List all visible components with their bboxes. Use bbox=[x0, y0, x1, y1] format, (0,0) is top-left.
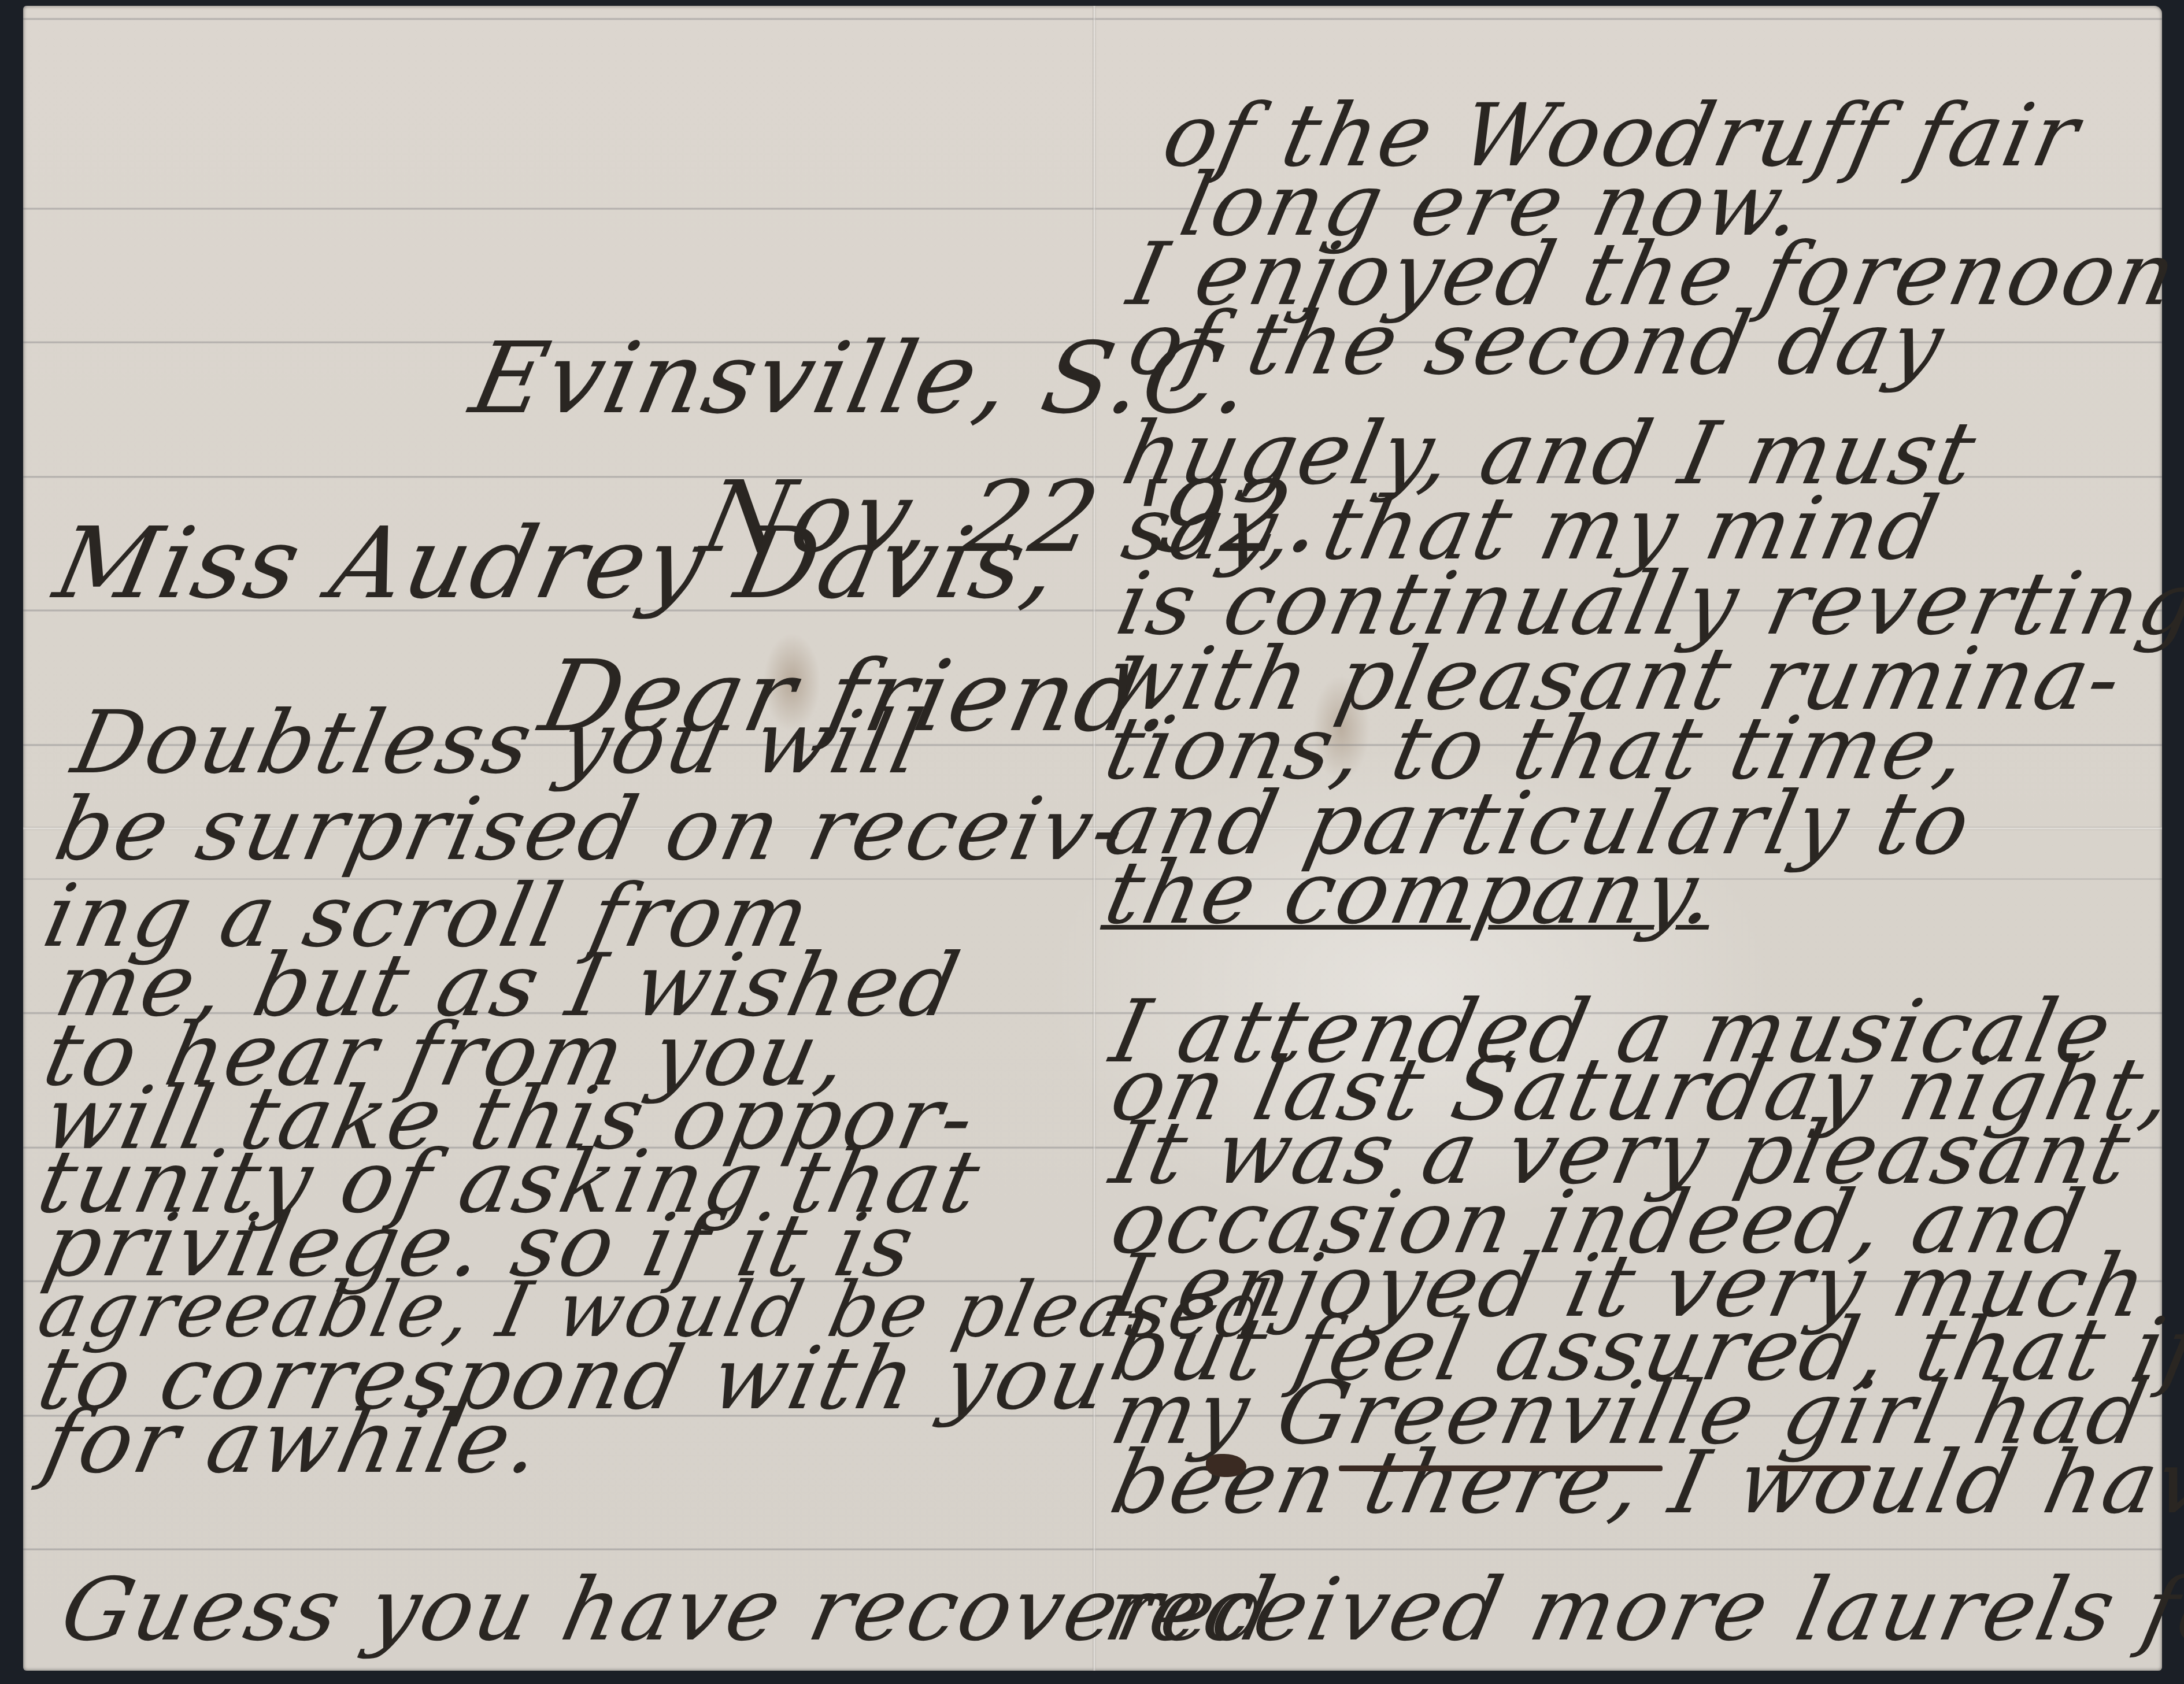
ink-blot bbox=[1206, 1454, 1246, 1477]
letter-sheet: Evinsville, S.C. Nov, 22 '92. Miss Audre… bbox=[23, 6, 2162, 1671]
right-line-4: of the second day bbox=[1121, 301, 1952, 387]
left-line-1: Doubtless you will bbox=[66, 699, 931, 786]
letter-recipient: Miss Audrey Davis, bbox=[47, 515, 1069, 613]
left-line-11: for awhile. bbox=[37, 1399, 550, 1486]
right-line-20: received more laurels for bbox=[1098, 1567, 2184, 1653]
girl-underline bbox=[1767, 1465, 1871, 1471]
right-page: of the Woodruff fair long ere now. I enj… bbox=[1096, 6, 2162, 1671]
right-line-19: been there, I would have bbox=[1104, 1439, 2184, 1526]
right-line-11: the company. bbox=[1098, 850, 1725, 937]
left-line-2: be surprised on receiv- bbox=[49, 786, 1134, 873]
left-page: Evinsville, S.C. Nov, 22 '92. Miss Audre… bbox=[23, 6, 1093, 1671]
greenville-underline bbox=[1339, 1465, 1663, 1471]
